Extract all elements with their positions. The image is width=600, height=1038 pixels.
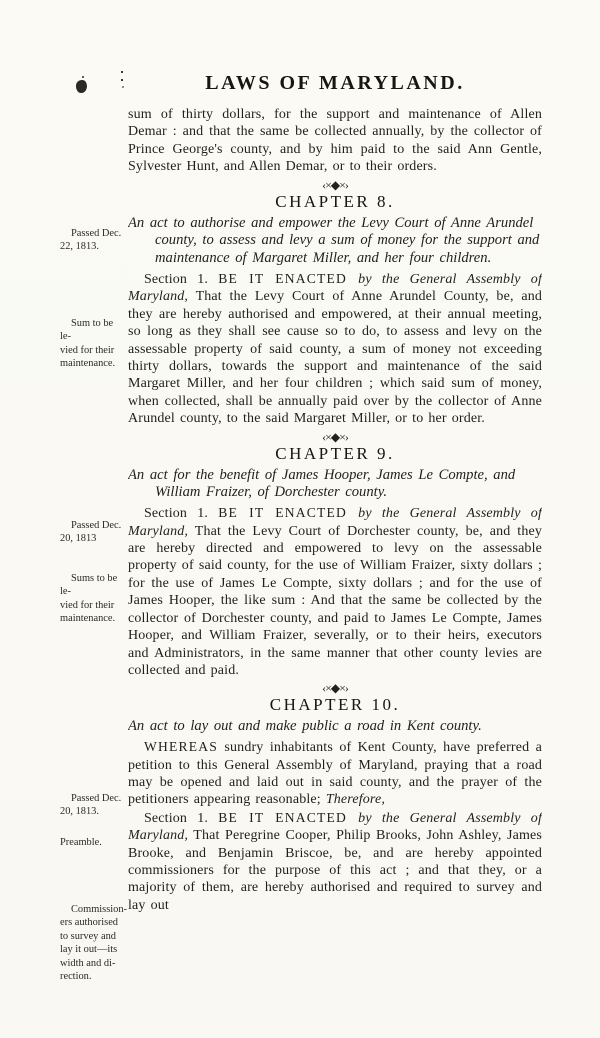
page-header-title: LAWS OF MARYLAND. bbox=[128, 72, 542, 95]
margin-note-passed-date: Passed Dec. 20, 1813. bbox=[60, 792, 126, 819]
chapter-title: An act to authorise and empower the Levy… bbox=[128, 215, 542, 268]
chapter-title: An act to lay out and make public a road… bbox=[128, 718, 542, 736]
scanned-statute-page: LAWS OF MARYLAND. Passed Dec. 22, 1813. … bbox=[0, 0, 600, 1038]
text-column: sum of thirty dollars, for the support a… bbox=[128, 106, 542, 1026]
ink-speck-mark bbox=[121, 71, 123, 73]
margin-note-passed-date: Passed Dec. 20, 1813 bbox=[60, 519, 126, 546]
chapter-body-paragraph: Section 1. BE IT ENACTED by the General … bbox=[128, 270, 542, 428]
chapter-8: ‹×◆×› CHAPTER 8. An act to authorise and… bbox=[128, 179, 542, 428]
margin-note-commissioners: Commission- ers authorised to survey and… bbox=[60, 903, 126, 983]
chapter-10: ‹×◆×› CHAPTER 10. An act to lay out and … bbox=[128, 682, 542, 914]
margin-note-sum-levied: Sum to be le- vied for their maintenance… bbox=[60, 317, 126, 371]
margin-note-passed-date: Passed Dec. 22, 1813. bbox=[60, 227, 126, 254]
printer-ornament: ‹×◆×› bbox=[128, 179, 542, 191]
printer-ornament: ‹×◆×› bbox=[128, 431, 542, 443]
chapter-heading: CHAPTER 8. bbox=[128, 191, 542, 212]
chapter-heading: CHAPTER 9. bbox=[128, 443, 542, 464]
chapter-body-paragraph: Section 1. BE IT ENACTED by the General … bbox=[128, 809, 542, 914]
preamble-paragraph: WHEREAS sundry inhabitants of Kent Count… bbox=[128, 738, 542, 809]
chapter-9: ‹×◆×› CHAPTER 9. An act for the benefit … bbox=[128, 431, 542, 680]
printer-ornament: ‹×◆×› bbox=[128, 682, 542, 694]
margin-note-sums-levied: Sums to be le- vied for their maintenanc… bbox=[60, 572, 126, 626]
chapter-heading: CHAPTER 10. bbox=[128, 694, 542, 715]
chapter-body-paragraph: Section 1. BE IT ENACTED by the General … bbox=[128, 504, 542, 679]
chapter-title: An act for the benefit of James Hooper, … bbox=[128, 467, 542, 503]
ink-blot-mark bbox=[76, 80, 87, 93]
continuation-paragraph: sum of thirty dollars, for the support a… bbox=[128, 106, 542, 176]
margin-note-preamble: Preamble. bbox=[60, 836, 126, 849]
